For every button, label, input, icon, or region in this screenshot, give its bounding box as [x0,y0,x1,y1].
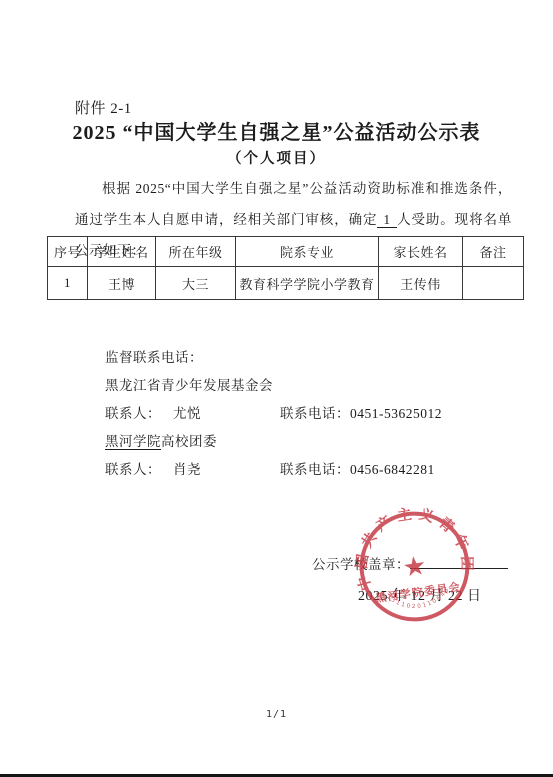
cell-remark [463,267,524,300]
phone-number-2: 0456-6842281 [350,462,435,477]
recipient-table: 序号 学生姓名 所在年级 院系专业 家长姓名 备注 1 王博 大三 教育科学学院… [47,236,524,300]
supervision-phone-label: 监督联系电话： [105,344,505,372]
attachment-label: 附件 2-1 [75,97,132,118]
organization-2: 黑河学院高校团委 [105,428,505,456]
organization-2-name-rest: 高校团委 [161,434,217,449]
cell-grade: 大三 [156,267,236,300]
contact-label-2: 联系人： [105,462,161,477]
organization-1: 黑龙江省青少年发展基金会 [105,372,505,400]
table-header-row: 序号 学生姓名 所在年级 院系专业 家长姓名 备注 [48,237,524,267]
header-student-name: 学生姓名 [88,237,156,267]
phone-label-1: 联系电话： [280,406,350,421]
contact-section: 监督联系电话： 黑龙江省青少年发展基金会 联系人：尤悦 联系电话：0451-53… [105,344,505,484]
cell-department: 教育科学学院小学教育 [236,267,379,300]
contact-name-2: 肖尧 [173,462,201,477]
school-stamp-label: 公示学校盖章： [312,557,410,572]
document-title: 2025 “中国大学生自强之星”公益活动公示表 [40,116,513,145]
school-stamp-line: 公示学校盖章： [312,553,508,573]
phone-number-1: 0451-53625012 [350,406,442,421]
phone-label-2: 联系电话： [280,462,350,477]
page-indicator: 1/1 [0,709,553,720]
contact-line-1: 联系人：尤悦 联系电话：0451-53625012 [105,400,505,428]
contact-label-1: 联系人： [105,406,161,421]
stamp-blank-underline [410,554,508,569]
header-parent-name: 家长姓名 [379,237,463,267]
document-subtitle: （个人项目） [40,147,513,168]
supervision-label-text: 监督联系电话： [105,350,203,365]
recipient-count: 1 [377,212,396,228]
contact-name-1: 尤悦 [173,406,201,421]
cell-index: 1 [48,267,88,300]
phone-line-1: 联系电话：0451-53625012 [280,400,442,428]
public-notice-document: 附件 2-1 2025 “中国大学生自强之星”公益活动公示表 （个人项目） 根据… [0,0,553,777]
contact-line-2: 联系人：肖尧 联系电话：0456-6842281 [105,456,505,484]
header-department: 院系专业 [236,237,379,267]
seal-arc-text: 中国共产主义青年团 [345,497,479,593]
header-remark: 备注 [463,237,524,267]
stamp-date: 2025 年 12 月 22 日 [358,585,482,605]
organization-1-name: 黑龙江省青少年发展基金会 [105,378,273,393]
table-row: 1 王博 大三 教育科学学院小学教育 王传伟 [48,267,524,300]
header-index: 序号 [48,237,88,267]
header-grade: 所在年级 [156,237,236,267]
organization-2-name-underlined: 黑河学院 [105,434,161,450]
cell-parent-name: 王传伟 [379,267,463,300]
cell-student-name: 王博 [88,267,156,300]
phone-line-2: 联系电话：0456-6842281 [280,456,435,484]
